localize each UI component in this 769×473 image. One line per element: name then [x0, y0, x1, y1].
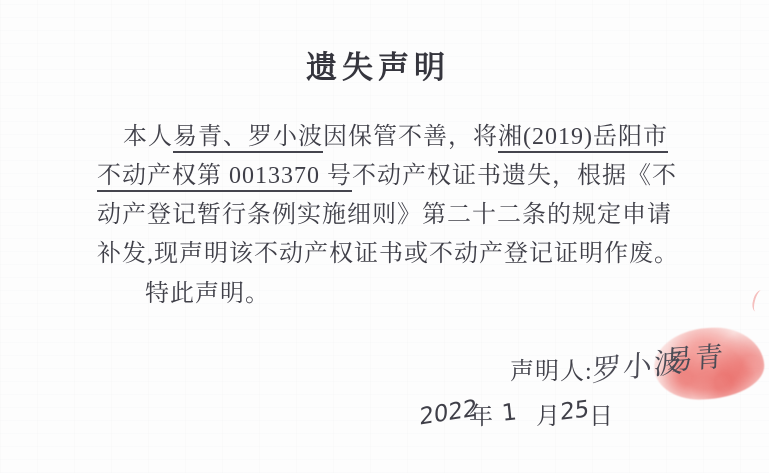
loss-declaration-scanned-document: 遗失声明 本人易青、罗小波因保管不善，将湘(2019)岳阳市 不动产权第 001… — [0, 0, 769, 473]
handwritten-signature-yi-qing: 易青 — [664, 335, 725, 379]
year-label: 年 — [469, 396, 493, 431]
month-label: 月 — [536, 396, 560, 431]
underlined-declarant-names: 易青、罗小波 — [173, 124, 323, 153]
body-line-3: 动产登记暂行条例实施细则》第二十二条的规定申请 — [97, 194, 672, 229]
declarant-label: 声明人: — [510, 351, 593, 386]
faint-red-ink-smudge — [750, 289, 767, 313]
body-text: 本人 — [123, 124, 173, 150]
body-line-4: 补发,现声明该不动产权证书或不动产登记证明作废。 — [97, 233, 679, 268]
body-line-1: 本人易青、罗小波因保管不善，将湘(2019)岳阳市 — [123, 116, 668, 151]
body-text: 不动产权证书遗失，根据《不 — [352, 163, 677, 189]
body-line-5: 特此声明。 — [145, 273, 270, 308]
day-label: 日 — [589, 396, 613, 431]
handwritten-month: 1 — [501, 399, 518, 426]
document-title: 遗失声明 — [306, 42, 450, 87]
underlined-certificate-region: 湘(2019)岳阳市 — [498, 124, 668, 153]
handwritten-day: 25 — [560, 396, 590, 426]
body-line-2: 不动产权第 0013370 号不动产权证书遗失，根据《不 — [97, 155, 677, 190]
body-text: 因保管不善，将 — [323, 124, 498, 150]
underlined-certificate-number: 不动产权第 0013370 号 — [97, 163, 352, 192]
